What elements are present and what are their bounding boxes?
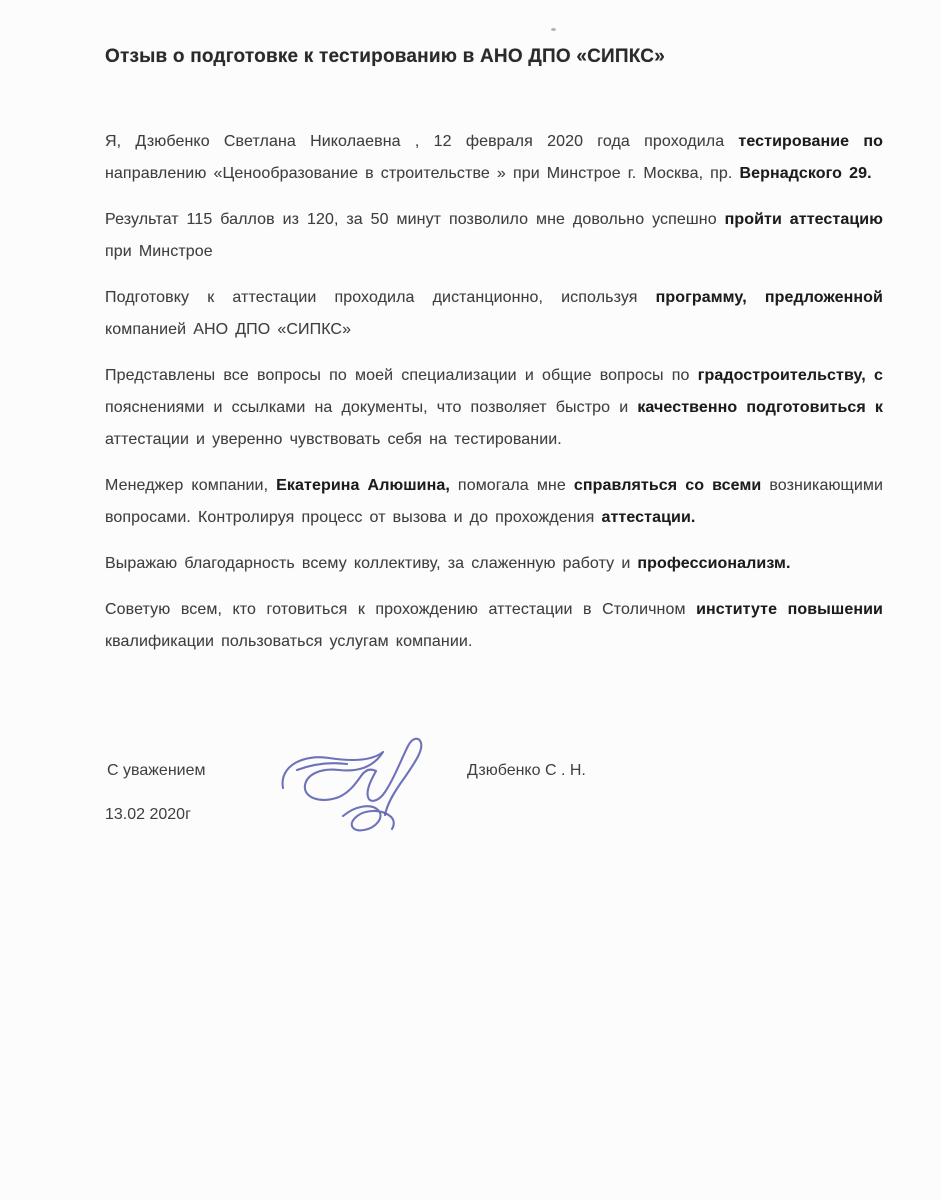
text-segment: Советую всем, кто готовиться к прохожден… [105,601,696,618]
text-segment: компанией АНО ДПО «СИПКС» [105,321,351,338]
text-segment: аттестации. [602,509,696,526]
closing-block: С уважением 13.02 2020г Дзюбенко С . Н. [105,740,883,1170]
text-segment: помогала мне [450,477,574,494]
letter-content: Отзыв о подготовке к тестированию в АНО … [0,0,941,1170]
letter-date: 13.02 2020г [105,806,191,824]
text-segment: направлению «Ценообразование в строитель… [105,165,740,182]
text-segment: институте повышении [696,601,883,618]
text-segment: Представлены все вопросы по моей специал… [105,367,698,384]
text-segment: Екатерина Алюшина, [276,477,450,494]
paragraph: Советую всем, кто готовиться к прохожден… [105,594,883,658]
signatory-name: Дзюбенко С . Н. [467,762,586,780]
text-segment: Менеджер компании, [105,477,276,494]
text-segment: профессионализм. [637,555,790,572]
paragraph: Выражаю благодарность всему коллективу, … [105,548,883,580]
salutation-text: С уважением [107,762,206,780]
text-segment: программу, предложенной [656,289,883,306]
text-segment: тестирование по [738,133,883,150]
paragraph: Я, Дзюбенко Светлана Николаевна , 12 фев… [105,126,883,190]
document-body: Я, Дзюбенко Светлана Николаевна , 12 фев… [105,126,883,658]
paragraph: Представлены все вопросы по моей специал… [105,360,883,456]
scan-artifact [551,28,556,31]
text-segment: аттестации и уверенно чувствовать себя н… [105,431,562,448]
letter-title: Отзыв о подготовке к тестированию в АНО … [105,46,883,68]
handwritten-signature-icon [273,730,438,855]
scanned-letter-page: Отзыв о подготовке к тестированию в АНО … [0,0,941,1200]
paragraph: Результат 115 баллов из 120, за 50 минут… [105,204,883,268]
text-segment: Результат 115 баллов из 120, за 50 минут… [105,211,725,228]
text-segment: Я, Дзюбенко Светлана Николаевна , 12 фев… [105,133,738,150]
text-segment: Вернадского 29. [740,165,872,182]
text-segment: квалификации пользоваться услугам компан… [105,633,473,650]
text-segment: Выражаю благодарность всему коллективу, … [105,555,637,572]
text-segment: градостроительству, с [698,367,883,384]
text-segment: качественно подготовиться к [637,399,883,416]
text-segment: пояснениями и ссылками на документы, что… [105,399,637,416]
text-segment: справляться [574,477,677,494]
text-segment: Подготовку к аттестации проходила дистан… [105,289,656,306]
text-segment: при Минстрое [105,243,213,260]
paragraph: Менеджер компании, Екатерина Алюшина, по… [105,470,883,534]
paragraph: Подготовку к аттестации проходила дистан… [105,282,883,346]
text-segment: пройти аттестацию [725,211,883,228]
text-segment: со всеми [685,477,761,494]
